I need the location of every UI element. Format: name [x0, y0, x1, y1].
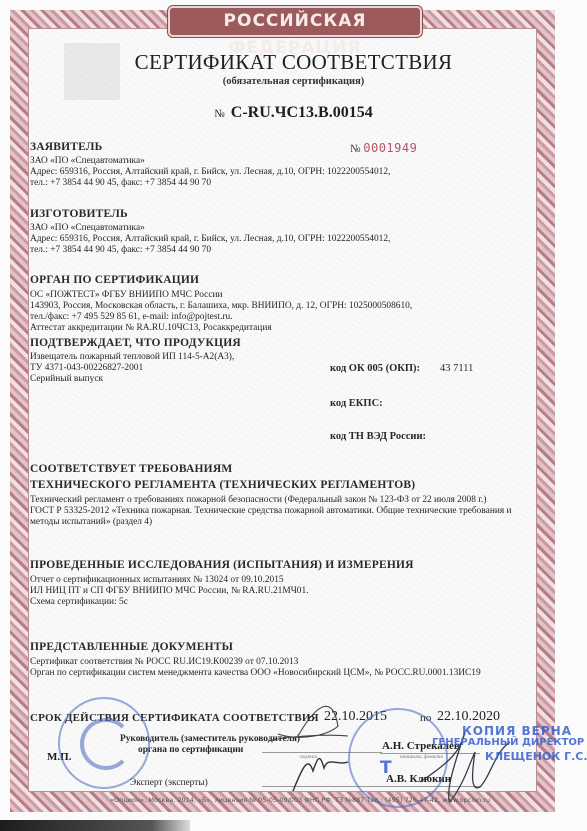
product-line: Извещатель пожарный тепловой ИП 114-5-А2…: [30, 352, 234, 363]
certification-body-accreditation: Аттестат аккредитации № RA.RU.10ЧС13, Ро…: [30, 323, 272, 334]
manufacturer-name: ЗАО «ПО «Спецавтоматика»: [30, 223, 145, 234]
tests-line: Отчет о сертификационных испытаниях № 13…: [30, 575, 284, 586]
tests-line: Схема сертификации: 5с: [30, 597, 128, 608]
certification-body-contacts: тел./факс: +7 495 529 85 61, e-mail: inf…: [30, 312, 233, 323]
tests-heading: ПРОВЕДЕННЫЕ ИССЛЕДОВАНИЯ (ИСПЫТАНИЯ) И И…: [30, 559, 414, 571]
applicant-contacts: тел.: +7 3854 44 90 45, факс: +7 3854 44…: [30, 178, 211, 189]
regulation-line: ГОСТ Р 53325-2012 «Техника пожарная. Тех…: [30, 506, 512, 517]
serial-label: №: [350, 143, 361, 155]
product-line: ТУ 4371-043-00226827-2001: [30, 363, 143, 374]
page-title: СЕРТИФИКАТ СООТВЕТСТВИЯ: [0, 50, 587, 75]
applicant-address: Адрес: 659316, Россия, Алтайский край, г…: [30, 167, 390, 178]
copy-stamp-line: ГЕНЕРАЛЬНЫЙ ДИРЕКТОР: [432, 737, 584, 748]
printer-footer: «Опцион», Москва, 2014, «Б», лицензия № …: [110, 796, 490, 804]
regulation-line: Технический регламент о требованиях пожа…: [30, 495, 487, 506]
serial-value: 0001949: [363, 141, 417, 155]
company-logo-icon: T: [380, 758, 392, 778]
documents-heading: ПРЕДСТАВЛЕННЫЕ ДОКУМЕНТЫ: [30, 641, 233, 653]
page-subtitle: (обязательная сертификация): [0, 76, 587, 87]
head-label-body: органа по сертификации: [138, 745, 243, 756]
ekps-code-label: код ЕКПС:: [330, 398, 383, 409]
certificate-number: №C-RU.ЧС13.В.00154: [0, 104, 587, 122]
certification-body-name: ОС «ПОЖТЕСТ» ФГБУ ВНИИПО МЧС России: [30, 290, 223, 301]
signature-icon: [258, 696, 368, 796]
product-line: Серийный выпуск: [30, 374, 103, 385]
scan-edge: [0, 820, 190, 831]
regulation-heading: ТЕХНИЧЕСКОГО РЕГЛАМЕНТА (ТЕХНИЧЕСКИХ РЕГ…: [30, 479, 415, 491]
tests-line: ИЛ НИЦ ПТ и СП ФГБУ ВНИИПО МЧС России, №…: [30, 586, 309, 597]
tnved-code-label: код ТН ВЭД России:: [330, 431, 426, 442]
certification-body-heading: ОРГАН ПО СЕРТИФИКАЦИИ: [30, 274, 199, 286]
copy-stamp-line: КОПИЯ ВЕРНА: [462, 724, 572, 738]
applicant-heading: ЗАЯВИТЕЛЬ: [30, 141, 102, 153]
okp-code-label: код ОК 005 (ОКП):: [330, 363, 420, 374]
number-sign: №: [214, 108, 225, 120]
conformity-heading: СООТВЕТСТВУЕТ ТРЕБОВАНИЯМ: [30, 463, 232, 475]
certificate-number-value: C-RU.ЧС13.В.00154: [231, 104, 373, 121]
expert-label: Эксперт (эксперты): [130, 778, 208, 789]
regulation-line: методы испытаний» (раздел 4): [30, 517, 152, 528]
okp-code-value: 43 7111: [440, 363, 473, 374]
blank-serial: № 0001949: [350, 141, 417, 155]
seal-emblem-icon: [80, 718, 132, 770]
documents-line: Орган по сертификации систем менеджмента…: [30, 668, 481, 679]
country-badge: РОССИЙСКАЯ ФЕДЕРАЦИЯ: [168, 6, 422, 37]
certification-body-address: 143903, Россия, Московская область, г. Б…: [30, 301, 412, 312]
manufacturer-address: Адрес: 659316, Россия, Алтайский край, г…: [30, 234, 390, 245]
copy-stamp-line: КЛЕЩЕНОК Г.С.: [485, 750, 587, 763]
applicant-name: ЗАО «ПО «Спецавтоматика»: [30, 156, 145, 167]
certificate-page: [10, 10, 555, 812]
documents-line: Сертификат соответствия № РОСС RU.ИС19.К…: [30, 657, 298, 668]
manufacturer-heading: ИЗГОТОВИТЕЛЬ: [30, 208, 128, 220]
manufacturer-contacts: тел.: +7 3854 44 90 45, факс: +7 3854 44…: [30, 245, 211, 256]
product-heading: ПОДТВЕРЖДАЕТ, ЧТО ПРОДУКЦИЯ: [30, 337, 241, 349]
